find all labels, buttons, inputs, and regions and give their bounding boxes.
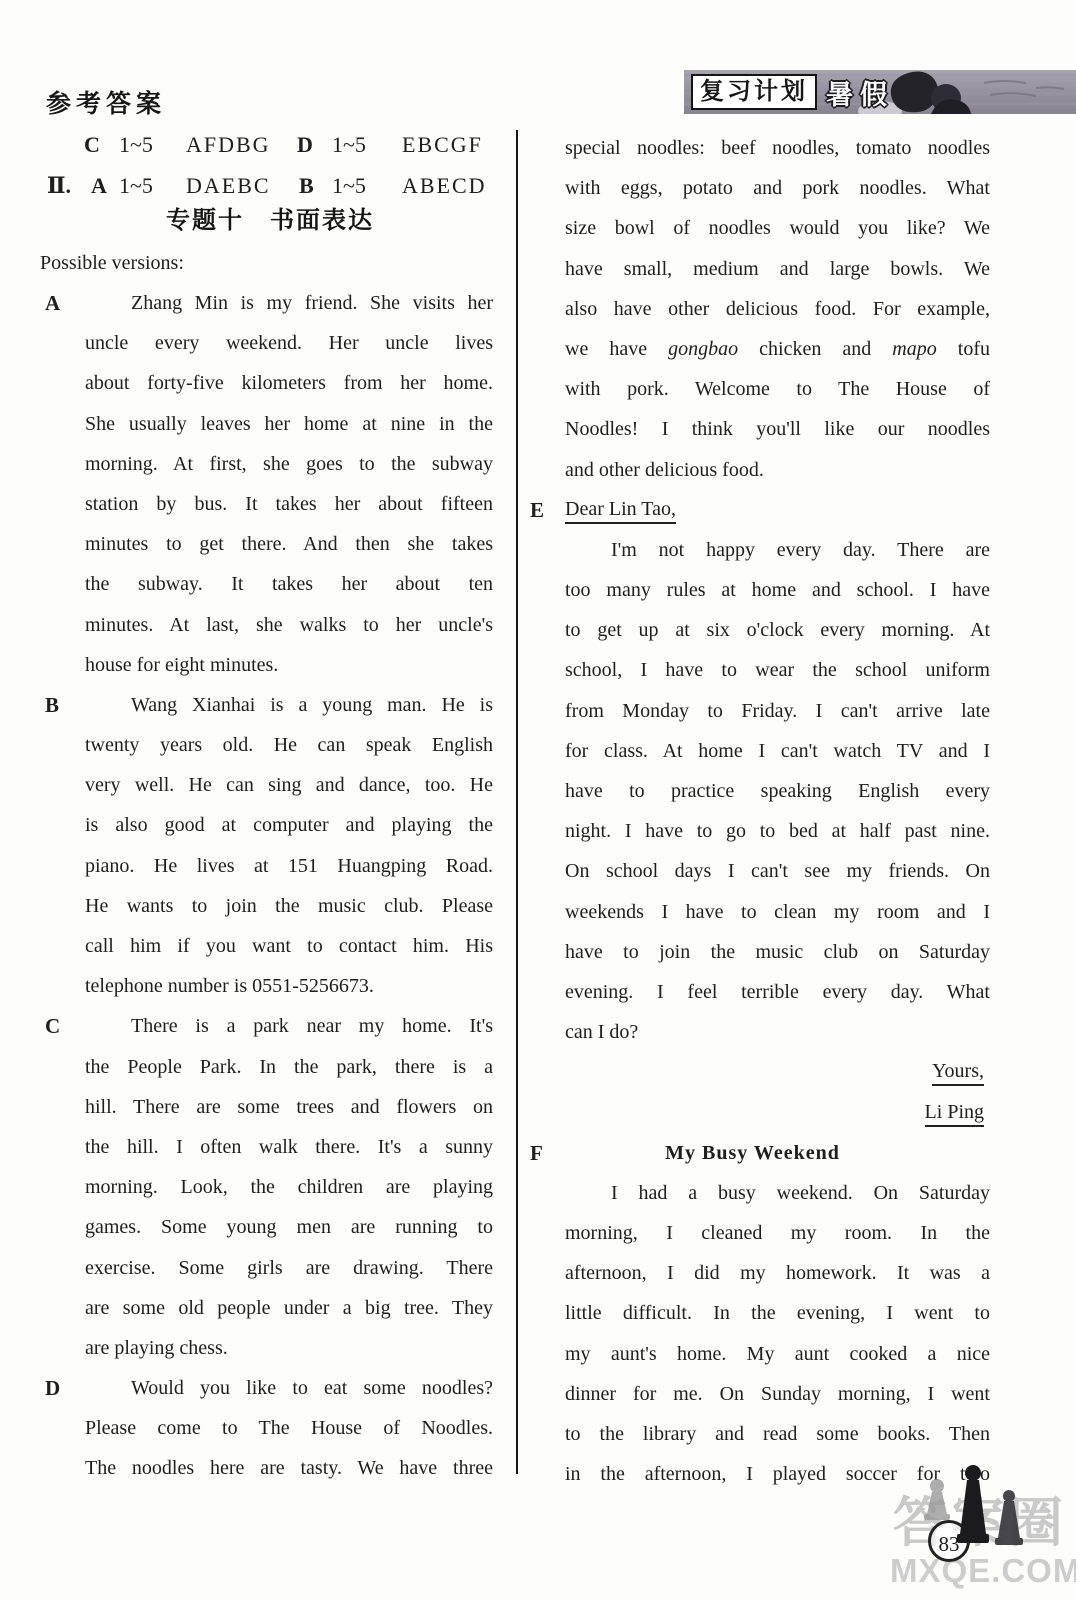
text-line: size bowl of noodles would you like? We	[565, 208, 990, 248]
text-line: house for eight minutes.	[85, 645, 493, 685]
text-line: little difficult. In the evening, I went…	[565, 1293, 990, 1333]
passage-e: E Dear Lin Tao, I'm not happy every day.…	[565, 490, 990, 1133]
answer-row: Ⅱ. A 1~5 DAEBC B 1~5 ABECD	[47, 169, 493, 203]
passage-label: D	[45, 1368, 60, 1408]
answer-token: ABECD	[402, 169, 487, 203]
page-header-title: 参考答案	[46, 84, 166, 120]
text-line: afternoon, I did my homework. It was a	[565, 1253, 990, 1293]
passage-label: E	[530, 490, 544, 530]
text-line: are some old people under a big tree. Th…	[85, 1288, 493, 1328]
passage-label: C	[45, 1006, 60, 1046]
text-line: and other delicious food.	[565, 450, 990, 490]
text-line: minutes. At last, she walks to her uncle…	[85, 605, 493, 645]
passage-body: There is a park near my home. It'sthe Pe…	[85, 1006, 493, 1368]
column-divider	[516, 130, 518, 1474]
text-line: morning, I cleaned my room. In the	[565, 1213, 990, 1253]
text-line: from Monday to Friday. I can't arrive la…	[565, 691, 990, 731]
answer-token: AFDBG	[186, 128, 271, 162]
signer-name: Li Ping	[925, 1101, 984, 1127]
text-line: He wants to join the music club. Please	[85, 886, 493, 926]
text-line: I'm not happy every day. There are	[565, 530, 990, 570]
text-line: with pork. Welcome to The House of	[565, 369, 990, 409]
answer-token: B	[299, 169, 314, 203]
text-line: we have gongbao chicken and mapo tofu	[565, 329, 990, 369]
closing-text: Yours,	[932, 1060, 984, 1086]
text-line: also have other delicious food. For exam…	[565, 289, 990, 329]
answer-token: D	[297, 128, 313, 162]
text-line: Noodles! I think you'll like our noodles	[565, 409, 990, 449]
text-line: twenty years old. He can speak English	[85, 725, 493, 765]
letter-signature-closing: Yours,	[565, 1052, 990, 1092]
text-line: Please come to The House of Noodles.	[85, 1408, 493, 1448]
text-line: is also good at computer and playing the	[85, 805, 493, 845]
pawn-icon	[924, 1479, 950, 1520]
passage-label: F	[530, 1133, 543, 1173]
text-line: station by bus. It takes her about fifte…	[85, 484, 493, 524]
answer-token: Ⅱ.	[47, 169, 71, 203]
letter-salutation: Dear Lin Tao,	[565, 490, 990, 530]
essay-title: My Busy Weekend	[565, 1133, 940, 1173]
text-line: to get up at six o'clock every morning. …	[565, 610, 990, 650]
text-line: exercise. Some girls are drawing. There	[85, 1248, 493, 1288]
answer-token: 1~5	[119, 128, 153, 162]
header-banner: 复习计划 暑假	[684, 70, 1076, 114]
banner-series-label: 复习计划	[691, 74, 817, 110]
text-line: morning. Look, the children are playing	[85, 1167, 493, 1207]
passage-body: Zhang Min is my friend. She visits herun…	[85, 283, 493, 685]
text-line: She usually leaves her home at nine in t…	[85, 404, 493, 444]
text-line: too many rules at home and school. I hav…	[565, 570, 990, 610]
text-line: have to practice speaking English every	[565, 771, 990, 811]
answer-token: A	[91, 169, 107, 203]
passage-d: D Would you like to eat some noodles?Ple…	[85, 1368, 493, 1489]
chess-pieces-art	[915, 1462, 1030, 1562]
answer-token: C	[84, 128, 100, 162]
text-line: about forty-five kilometers from her hom…	[85, 363, 493, 403]
passage-body: special noodles: beef noodles, tomato no…	[565, 128, 990, 490]
answer-row: C 1~5 AFDBG D 1~5 EBCGF	[47, 128, 493, 162]
text-line: the hill. I often walk there. It's a sun…	[85, 1127, 493, 1167]
text-line: the People Park. In the park, there is a	[85, 1047, 493, 1087]
text-line: the subway. It takes her about ten	[85, 564, 493, 604]
possible-versions-label: Possible versions:	[40, 246, 184, 280]
text-line: special noodles: beef noodles, tomato no…	[565, 128, 990, 168]
text-line: call him if you want to contact him. His	[85, 926, 493, 966]
text-line: night. I have to go to bed at half past …	[565, 811, 990, 851]
passage-a: A Zhang Min is my friend. She visits her…	[85, 283, 493, 685]
answer-token: 1~5	[119, 169, 153, 203]
answer-token: 1~5	[332, 169, 366, 203]
text-line: Zhang Min is my friend. She visits her	[85, 283, 493, 323]
text-line: my aunt's home. My aunt cooked a nice	[565, 1334, 990, 1374]
text-line: morning. At first, she goes to the subwa…	[85, 444, 493, 484]
passage-label: B	[45, 685, 59, 725]
answer-token: EBCGF	[402, 128, 483, 162]
text-line: telephone number is 0551-5256673.	[85, 966, 493, 1006]
left-column: A Zhang Min is my friend. She visits her…	[85, 283, 493, 1489]
text-line: to the library and read some books. Then	[565, 1414, 990, 1454]
text-line: The noodles here are tasty. We have thre…	[85, 1448, 493, 1488]
text-line: school, I have to wear the school unifor…	[565, 650, 990, 690]
text-line: weekends I have to clean my room and I	[565, 892, 990, 932]
text-line: Wang Xianhai is a young man. He is	[85, 685, 493, 725]
text-line: for class. At home I can't watch TV and …	[565, 731, 990, 771]
passage-body: I had a busy weekend. On Saturdaymorning…	[565, 1173, 990, 1495]
answer-token: 1~5	[332, 128, 366, 162]
text-line: with eggs, potato and pork noodles. What	[565, 168, 990, 208]
text-line: very well. He can sing and dance, too. H…	[85, 765, 493, 805]
text-line: There is a park near my home. It's	[85, 1006, 493, 1046]
passage-d-continued: special noodles: beef noodles, tomato no…	[565, 128, 990, 490]
salutation-text: Dear Lin Tao,	[565, 498, 676, 524]
passage-body: Would you like to eat some noodles?Pleas…	[85, 1368, 493, 1489]
passage-body: Wang Xianhai is a young man. He istwenty…	[85, 685, 493, 1007]
text-line: games. Some young men are running to	[85, 1207, 493, 1247]
text-line: have to join the music club on Saturday	[565, 932, 990, 972]
text-line: are playing chess.	[85, 1328, 493, 1368]
scanned-answer-page: 参考答案 复习计划 暑假 C 1~5 AFDBG D 1~5 EBCGF Ⅱ. …	[0, 0, 1076, 1600]
pawn-icon	[995, 1490, 1023, 1545]
answer-token: DAEBC	[186, 169, 271, 203]
text-line: uncle every weekend. Her uncle lives	[85, 323, 493, 363]
passage-c: C There is a park near my home. It'sthe …	[85, 1006, 493, 1368]
text-line: can I do?	[565, 1012, 990, 1052]
right-column: special noodles: beef noodles, tomato no…	[565, 128, 990, 1494]
text-line: On school days I can't see my friends. O…	[565, 851, 990, 891]
pawn-icon	[957, 1465, 989, 1543]
banner-edition-label: 暑假	[826, 73, 894, 112]
passage-f: F My Busy Weekend I had a busy weekend. …	[565, 1133, 990, 1495]
passage-label: A	[45, 283, 60, 323]
section-title: 专题十 书面表达	[47, 204, 493, 238]
text-line: minutes to get there. And then she takes	[85, 524, 493, 564]
text-line: Would you like to eat some noodles?	[85, 1368, 493, 1408]
passage-b: B Wang Xianhai is a young man. He istwen…	[85, 685, 493, 1007]
text-line: evening. I feel terrible every day. What	[565, 972, 990, 1012]
passage-body: I'm not happy every day. There aretoo ma…	[565, 530, 990, 1052]
text-line: piano. He lives at 151 Huangping Road.	[85, 846, 493, 886]
text-line: have small, medium and large bowls. We	[565, 249, 990, 289]
text-line: I had a busy weekend. On Saturday	[565, 1173, 990, 1213]
letter-signature-name: Li Ping	[565, 1093, 990, 1133]
text-line: dinner for me. On Sunday morning, I went	[565, 1374, 990, 1414]
text-line: hill. There are some trees and flowers o…	[85, 1087, 493, 1127]
